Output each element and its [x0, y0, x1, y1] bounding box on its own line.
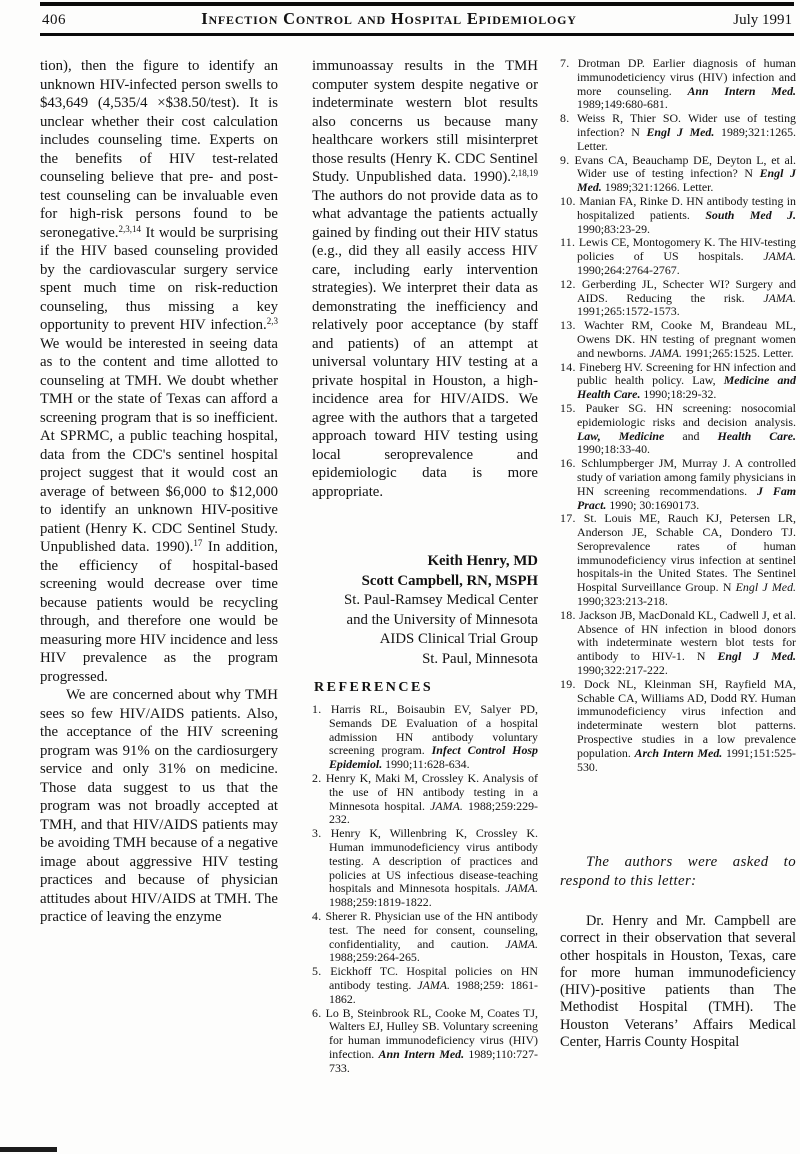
response-paragraph: Dr. Henry and Mr. Campbell are correct i…: [560, 913, 796, 1051]
reference-item: 10. Manian FA, Rinke D. HN antibody test…: [560, 195, 796, 236]
text-run: immunoassay results in the TMH computer …: [312, 58, 538, 185]
reference-list: 1. Harris RL, Boisaubin EV, Salyer PD, S…: [312, 703, 538, 1076]
reference-item: 19. Dock NL, Kleinman SH, Rayfield MA, S…: [560, 678, 796, 775]
text-run: The authors were asked to respond to thi…: [560, 854, 796, 889]
text-run: Ann Intern Med.: [687, 84, 796, 98]
page-header: 406 Infection Control and Hospital Epide…: [40, 2, 794, 36]
reference-number: 11.: [560, 235, 579, 249]
reference-number: 13.: [560, 318, 584, 332]
journal-page: 406 Infection Control and Hospital Epide…: [0, 0, 800, 1154]
reference-item: 13. Wachter RM, Cooke M, Brandeau ML, Ow…: [560, 319, 796, 360]
reference-item: 14. Fineberg HV. Screening for HN infect…: [560, 361, 796, 402]
response-opening: Dr. Henry and Mr. Campbell are correct i…: [560, 913, 796, 1051]
reference-list: 7. Drotman DP. Earlier diagnosis of huma…: [560, 57, 796, 774]
reference-number: 17.: [560, 511, 584, 525]
superscript-citation: 2,3,14: [118, 224, 141, 234]
text-run: 1990;264:2764-2767.: [577, 263, 680, 277]
editor-note-paragraph: The authors were asked to respond to thi…: [560, 853, 796, 890]
text-run: JAMA.: [417, 978, 450, 992]
reference-number: 8.: [560, 111, 577, 125]
reference-item: 2. Henry K, Maki M, Crossley K. Analysis…: [312, 772, 538, 827]
text-run: Engl J Med.: [646, 125, 714, 139]
signature-line: St. Paul, Minnesota: [312, 650, 538, 670]
text-run: 1989;321:1266. Letter.: [602, 180, 714, 194]
letter-body: immunoassay results in the TMH computer …: [312, 57, 538, 501]
text-run: tion), then the figure to identify an un…: [40, 58, 278, 241]
signature-line: St. Paul-Ramsey Medical Center: [312, 591, 538, 611]
text-run: We are concerned about why TMH sees so f…: [40, 687, 278, 925]
reference-number: 6.: [312, 1006, 326, 1020]
text-run: JAMA.: [505, 881, 538, 895]
text-run: In addition, the efficiency of hospital-…: [40, 539, 278, 685]
reference-item: 7. Drotman DP. Earlier diagnosis of huma…: [560, 57, 796, 112]
editor-note: The authors were asked to respond to thi…: [560, 853, 796, 890]
signature-line: AIDS Clinical Trial Group: [312, 630, 538, 650]
reference-number: 9.: [560, 153, 574, 167]
text-run: Pauker SG. HN screening: nosocomial epid…: [577, 401, 796, 429]
text-run: Arch Intern Med.: [635, 746, 723, 760]
superscript-citation: 2,3: [267, 316, 278, 326]
text-run: Engl J Med.: [717, 649, 796, 663]
page-number: 406: [42, 12, 66, 29]
text-run: Engl J Med.: [736, 580, 796, 594]
reference-number: 7.: [560, 56, 578, 70]
references-heading: REFERENCES: [314, 680, 433, 696]
text-run: 1991;265:1572-1573.: [577, 304, 680, 318]
reference-number: 5.: [312, 964, 330, 978]
reference-item: 16. Schlumpberger JM, Murray J. A contro…: [560, 457, 796, 512]
reference-number: 18.: [560, 608, 579, 622]
text-run: 1989;149:680-681.: [577, 97, 668, 111]
text-run: JAMA.: [649, 346, 682, 360]
reference-number: 15.: [560, 401, 586, 415]
reference-item: 17. St. Louis ME, Rauch KJ, Petersen LR,…: [560, 512, 796, 609]
reference-number: 3.: [312, 826, 331, 840]
reference-number: 4.: [312, 909, 325, 923]
text-run: 1990;18:29-32.: [640, 387, 716, 401]
reference-item: 18. Jackson JB, MacDonald KL, Cadwell J,…: [560, 609, 796, 678]
text-run: Dr. Henry and Mr. Campbell are correct i…: [560, 913, 796, 1050]
signature-block: Keith Henry, MDScott Campbell, RN, MSPHS…: [312, 552, 538, 669]
signature-line: Scott Campbell, RN, MSPH: [312, 572, 538, 592]
reference-item: 9. Evans CA, Beauchamp DE, Deyton L, et …: [560, 154, 796, 195]
reference-number: 12.: [560, 277, 582, 291]
text-run: 1990;322:217-222.: [577, 663, 668, 677]
reference-item: 6. Lo B, Steinbrook RL, Cooke M, Coates …: [312, 1007, 538, 1076]
footer-bar: [0, 1147, 57, 1152]
reference-item: 3. Henry K, Willenbring K, Crossley K. H…: [312, 827, 538, 910]
text-run: 1990;11:628-634.: [382, 757, 469, 771]
text-run: Law, Medicine: [577, 429, 664, 443]
reference-item: 15. Pauker SG. HN screening: nosocomial …: [560, 402, 796, 457]
text-run: We would be interested in seeing data as…: [40, 336, 278, 556]
text-run: JAMA.: [505, 937, 538, 951]
reference-number: 19.: [560, 677, 584, 691]
reference-item: 4. Sherer R. Physician use of the HN ant…: [312, 910, 538, 965]
reference-item: 8. Weiss R, Thier SO. Wider use of testi…: [560, 112, 796, 153]
column-left: tion), then the figure to identify an un…: [40, 57, 278, 927]
text-run: 1988;259:1819-1822.: [329, 895, 432, 909]
signature-line: Keith Henry, MD: [312, 552, 538, 572]
text-run: 1990;323:213-218.: [577, 594, 668, 608]
reference-item: 1. Harris RL, Boisaubin EV, Salyer PD, S…: [312, 703, 538, 772]
text-run: Health Care.: [718, 429, 796, 443]
signature-line: and the University of Minnesota: [312, 611, 538, 631]
text-run: 1991;265:1525. Letter.: [682, 346, 794, 360]
reference-number: 14.: [560, 360, 579, 374]
text-run: JAMA.: [430, 799, 463, 813]
text-run: JAMA.: [763, 291, 796, 305]
text-run: 1990;18:33-40.: [577, 442, 650, 456]
superscript-citation: 2,18,19: [511, 168, 538, 178]
reference-number: 10.: [560, 194, 579, 208]
superscript-citation: 17: [193, 538, 202, 548]
column-middle: immunoassay results in the TMH computer …: [312, 57, 538, 1117]
text-run: 1990; 30:1690173.: [606, 498, 699, 512]
reference-number: 16.: [560, 456, 581, 470]
text-run: and: [664, 429, 717, 443]
reference-item: 5. Eickhoff TC. Hospital policies on HN …: [312, 965, 538, 1006]
letter-paragraph: tion), then the figure to identify an un…: [40, 57, 278, 686]
text-run: JAMA.: [763, 249, 796, 263]
column-right: 7. Drotman DP. Earlier diagnosis of huma…: [560, 57, 796, 1137]
reference-item: 12. Gerberding JL, Schecter WI? Surgery …: [560, 278, 796, 319]
text-run: 1988;259:264-265.: [329, 950, 420, 964]
reference-number: 2.: [312, 771, 326, 785]
text-run: 1990;83:23-29.: [577, 222, 650, 236]
text-run: Ann Intern Med.: [379, 1047, 465, 1061]
letter-paragraph: immunoassay results in the TMH computer …: [312, 57, 538, 501]
text-run: The authors do not provide data as to wh…: [312, 188, 538, 500]
text-run: South Med J.: [705, 208, 796, 222]
issue-date: July 1991: [712, 12, 792, 29]
reference-item: 11. Lewis CE, Montogomery K. The HIV-tes…: [560, 236, 796, 277]
letter-paragraph: We are concerned about why TMH sees so f…: [40, 686, 278, 927]
journal-title: Infection Control and Hospital Epidemiol…: [66, 9, 712, 29]
reference-number: 1.: [312, 702, 331, 716]
